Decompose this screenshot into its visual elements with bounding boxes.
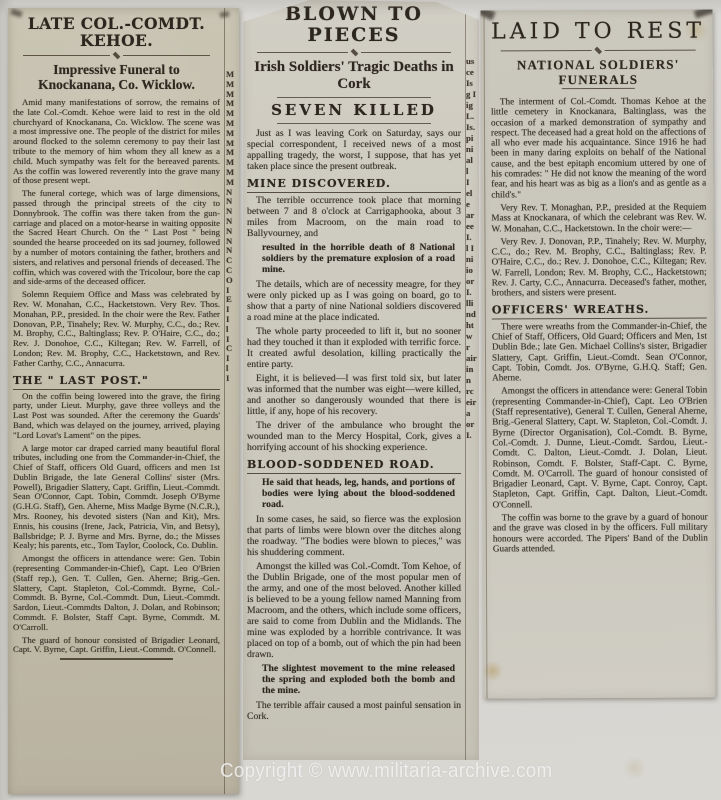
- headline: BLOWN TO PIECES: [247, 4, 461, 46]
- article-paragraph: Very Rev. T. Monaghan, P.P., presided at…: [491, 201, 706, 233]
- diamond-icon: [113, 52, 121, 60]
- section-heading-officers-wreaths: OFFICERS' WREATHS.: [492, 302, 707, 319]
- emphasis-paragraph: The slightest movement to the mine relea…: [262, 663, 455, 696]
- article-column: LAID TO REST NATIONAL SOLDIERS' FUNERALS…: [484, 10, 713, 699]
- section-heading-mine-discovered: MINE DISCOVERED.: [247, 177, 461, 193]
- cut-letter-fragments: us ce Is g I ig L. Is. pi ni al l I el e…: [466, 0, 478, 760]
- divider-line: [501, 50, 592, 51]
- article-paragraph: The coffin was borne to the grave by a g…: [493, 512, 708, 554]
- subheadline: Impressive Funeral to Knockanana, Co. Wi…: [17, 62, 216, 92]
- article-paragraph: The details, which are of necessity meag…: [247, 279, 461, 323]
- article-paragraph: The terrible occurrence took place that …: [247, 195, 461, 239]
- article-paragraph: Amongst the officers in attendance were:…: [13, 554, 220, 632]
- article-paragraph: There were wreaths from the Commander-in…: [492, 320, 707, 383]
- subheadline: NATIONAL SOLDIERS' FUNERALS: [491, 57, 706, 88]
- cut-letter-fragments: M M M M M M M M M M M M N N N N N N N C …: [226, 8, 238, 794]
- section-heading-last-post: THE " LAST POST.": [13, 374, 220, 390]
- emphasis-paragraph: resulted in the horrible death of 8 Nati…: [262, 242, 455, 275]
- emphasis-paragraph: He said that heads, leg, hands, and port…: [262, 477, 455, 510]
- headline: LATE COL.-COMDT. KEHOE.: [13, 15, 220, 49]
- divider-line: [23, 55, 110, 56]
- article-paragraph: Amongst the killed was Col.-Comdt. Tom K…: [247, 561, 461, 660]
- diamond-icon: [594, 47, 602, 55]
- article-column: LATE COL.-COMDT. KEHOE. Impressive Funer…: [11, 8, 225, 794]
- article-paragraph: Amongst the officers in attendance were:…: [492, 385, 708, 509]
- article-paragraph: Amid many manifestations of sorrow, the …: [13, 98, 220, 186]
- divider-ornament: [257, 49, 451, 56]
- article-column: BLOWN TO PIECES Irish Soldiers' Tragic D…: [245, 0, 466, 760]
- clipping-kehoe-funeral: LATE COL.-COMDT. KEHOE. Impressive Funer…: [8, 8, 239, 794]
- article-paragraph: The guard of honour consisted of Brigadi…: [13, 636, 220, 656]
- divider-line: [277, 123, 431, 124]
- article-paragraph: The whole party proceeded to lift it, bu…: [247, 326, 461, 370]
- divider-line: [123, 55, 210, 56]
- watermark: Copyright © www.militaria-archive.com: [220, 760, 552, 783]
- divider-line: [277, 97, 431, 98]
- divider-line: [605, 50, 696, 51]
- divider-line: [361, 52, 452, 53]
- diamond-icon: [350, 49, 358, 57]
- article-paragraph: The funeral cortege, which was of large …: [13, 189, 220, 287]
- subheadline-killed: SEVEN KILLED: [247, 102, 461, 119]
- article-paragraph: The terrible affair caused a most painfu…: [247, 700, 461, 722]
- article-paragraph: Solemn Requiem Office and Mass was celeb…: [13, 290, 220, 368]
- headline: LAID TO REST: [491, 20, 706, 45]
- clipping-blown-to-pieces: BLOWN TO PIECES Irish Soldiers' Tragic D…: [243, 0, 479, 760]
- divider-ornament: [23, 52, 210, 59]
- article-paragraph: In some cases, he said, so fierce was th…: [247, 514, 461, 558]
- bottom-rule: [60, 658, 174, 660]
- clipping-laid-to-rest: LAID TO REST NATIONAL SOLDIERS' FUNERALS…: [481, 9, 716, 698]
- divider-line: [257, 52, 348, 53]
- divider-ornament: [501, 47, 696, 55]
- divider-line: [562, 88, 635, 89]
- article-paragraph: The interment of Col.-Comdt. Thomas Keho…: [491, 96, 706, 200]
- article-paragraph: Eight, it is believed—I was first told s…: [247, 373, 461, 417]
- article-paragraph: The driver of the ambulance who brought …: [247, 420, 461, 453]
- article-paragraph: On the coffin being lowered into the gra…: [13, 392, 220, 441]
- article-paragraph: Just as I was leaving Cork on Saturday, …: [247, 128, 461, 172]
- subheadline: Irish Soldiers' Tragic Deaths in Cork: [247, 59, 461, 93]
- article-paragraph: Very Rev. J. Donovan, P.P., Tinahely; Re…: [491, 235, 706, 298]
- section-heading-blood-soddened-road: BLOOD-SODDENED ROAD.: [247, 458, 461, 474]
- article-paragraph: A large motor car draped carried many be…: [13, 444, 220, 552]
